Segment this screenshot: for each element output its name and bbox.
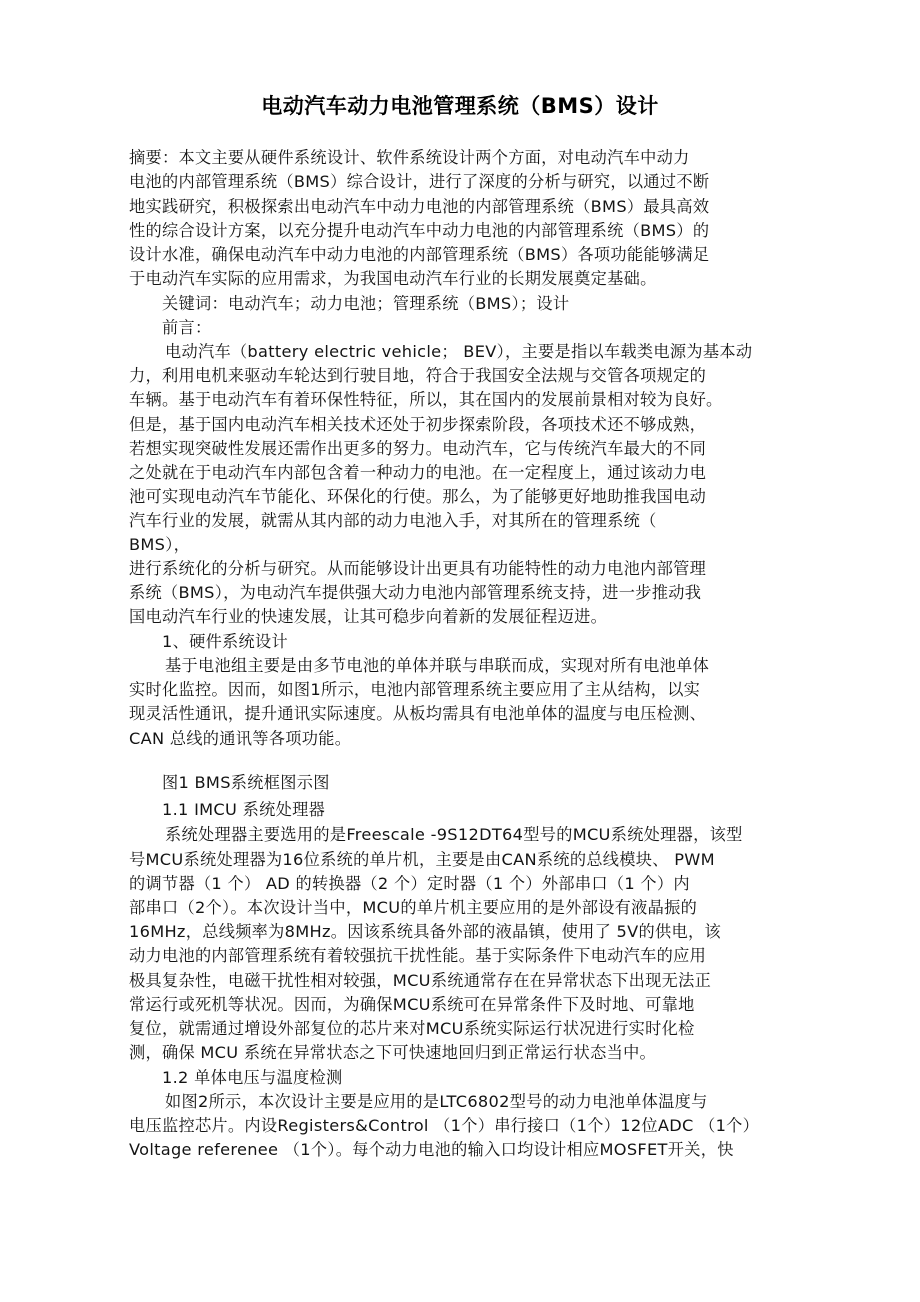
text-line: 16MHz，总线频率为8MHz。因该系统具备外部的液晶镇，使用了 5V的供电，该 xyxy=(129,921,721,943)
text-line: 摘要：本文主要从硬件系统设计、软件系统设计两个方面，对电动汽车中动力 xyxy=(129,147,690,169)
text-line: 关键词：电动汽车；动力电池；管理系统（BMS）；设计 xyxy=(162,293,569,315)
text-line: 常运行或死机等状况。因而，为确保MCU系统可在异常条件下及时地、可靠地 xyxy=(129,994,695,1016)
text-line: 部串口（2个）。本次设计当中，MCU的单片机主要应用的是外部设有液晶振的 xyxy=(129,897,697,919)
text-line: 池可实现电动汽车节能化、环保化的行使。那么，为了能够更好地助推我国电动 xyxy=(129,486,706,508)
text-line: 进行系统化的分析与研究。从而能够设计出更具有功能特性的动力电池内部管理 xyxy=(129,558,706,580)
text-line: 地实践研究，积极探索出电动汽车中动力电池的内部管理系统（BMS）最具高效 xyxy=(129,196,709,218)
text-line: 电压监控芯片。内设Registers&Control （1个）串行接口（1个）1… xyxy=(129,1115,759,1137)
text-line: Voltage referenee （1个）。每个动力电池的输入口均设计相应MO… xyxy=(129,1139,734,1161)
text-line: 力，利用电机来驱动车轮达到行驶目地，符合于我国安全法规与交管各项规定的 xyxy=(129,365,706,387)
text-line: CAN 总线的通讯等各项功能。 xyxy=(129,728,351,750)
text-line: 性的综合设计方案，以充分提升电动汽车中动力电池的内部管理系统（BMS）的 xyxy=(129,220,709,242)
text-line: 1.2 单体电压与温度检测 xyxy=(162,1067,342,1089)
text-line: 1.1 IMCU 系统处理器 xyxy=(162,799,325,821)
text-line: 号MCU系统处理器为16位系统的单片机，主要是由CAN系统的总线模块、 PWM xyxy=(129,849,715,871)
text-line: 电动汽车（battery electric vehicle； BEV），主要是指… xyxy=(165,341,752,363)
text-line: 前言： xyxy=(162,317,211,339)
text-line: 极具复杂性，电磁干扰性相对较强，MCU系统通常存在在异常状态下出现无法正 xyxy=(129,970,711,992)
text-line: 复位，就需通过增设外部复位的芯片来对MCU系统实际运行状况进行实时化检 xyxy=(129,1018,695,1040)
text-line: 若想实现突破性发展还需作出更多的努力。电动汽车，它与传统汽车最大的不同 xyxy=(129,438,706,460)
document-title: 电动汽车动力电池管理系统（BMS）设计 xyxy=(0,90,920,120)
text-line: 系统处理器主要选用的是Freescale -9S12DT64型号的MCU系统处理… xyxy=(165,824,743,846)
text-line: 的调节器（1 个） AD 的转换器（2 个）定时器（1 个）外部串口（1 个）内 xyxy=(129,873,690,895)
text-line: 基于电池组主要是由多节电池的单体并联与串联而成，实现对所有电池单体 xyxy=(165,655,709,677)
document-page: 电动汽车动力电池管理系统（BMS）设计 摘要：本文主要从硬件系统设计、软件系统设… xyxy=(0,0,920,1302)
text-line: 汽车行业的发展，就需从其内部的动力电池入手，对其所在的管理系统（ xyxy=(129,510,657,532)
text-line: 现灵活性通讯，提升通讯实际速度。从板均需具有电池单体的温度与电压检测、 xyxy=(129,703,706,725)
text-line: 设计水准，确保电动汽车中动力电池的内部管理系统（BMS）各项功能能够满足 xyxy=(129,244,709,266)
text-line: 电池的内部管理系统（BMS）综合设计，进行了深度的分析与研究，以通过不断 xyxy=(129,171,709,193)
text-line: 之处就在于电动汽车内部包含着一种动力的电池。在一定程度上，通过该动力电 xyxy=(129,462,706,484)
text-line: 动力电池的内部管理系统有着较强抗干扰性能。基于实际条件下电动汽车的应用 xyxy=(129,945,706,967)
text-line: 实时化监控。因而，如图1所示，电池内部管理系统主要应用了主从结构，以实 xyxy=(129,679,700,701)
text-line: 系统（BMS），为电动汽车提供强大动力电池内部管理系统支持，进一步推动我 xyxy=(129,582,701,604)
text-line: 如图2所示，本次设计主要是应用的是LTC6802型号的动力电池单体温度与 xyxy=(165,1091,708,1113)
text-line: 测，确保 MCU 系统在异常状态之下可快速地回归到正常运行状态当中。 xyxy=(129,1042,656,1064)
text-line: BMS）， xyxy=(129,534,190,556)
text-line: 车辆。基于电动汽车有着环保性特征，所以，其在国内的发展前景相对较为良好。 xyxy=(129,389,723,411)
text-line: 1、硬件系统设计 xyxy=(162,631,288,653)
text-line: 图1 BMS系统框图示图 xyxy=(162,772,330,794)
text-line: 于电动汽车实际的应用需求，为我国电动汽车行业的长期发展奠定基础。 xyxy=(129,268,657,290)
text-line: 国电动汽车行业的快速发展，让其可稳步向着新的发展征程迈进。 xyxy=(129,606,607,628)
text-line: 但是，基于国内电动汽车相关技术还处于初步探索阶段，各项技术还不够成熟， xyxy=(129,414,706,436)
